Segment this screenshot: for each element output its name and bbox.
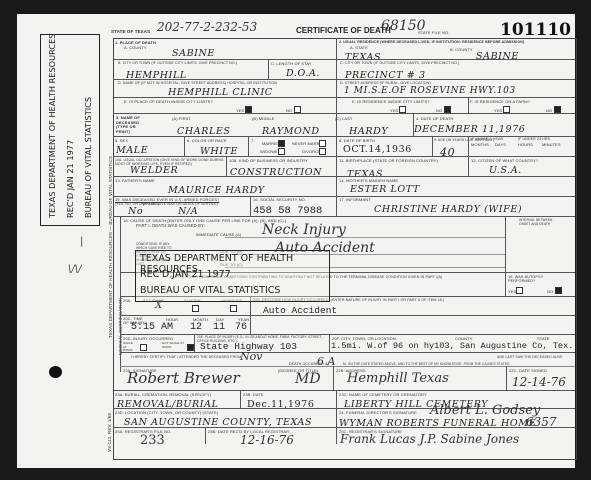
- ssn-label: 16. SOCIAL SECURITY NO.: [253, 197, 306, 202]
- burial-label: 23a. BURIAL, CREMATION, REMOVAL (Specify…: [115, 392, 211, 397]
- received-stamp-side: TEXAS DEPARTMENT OF HEALTH RESOURCES REC…: [40, 34, 100, 226]
- citizen-label: 12. CITIZEN OF WHAT COUNTRY?: [471, 158, 538, 163]
- certify-from: Nov: [240, 350, 262, 363]
- age: 40: [440, 146, 455, 159]
- certificate-title: CERTIFICATE OF DEATH: [296, 26, 391, 35]
- res-state-label: a. STATE: [350, 45, 368, 50]
- res-inside-no-checkbox[interactable]: [444, 106, 451, 113]
- inline-stamp-line3: BUREAU OF VITAL STATISTICS: [140, 285, 280, 296]
- not-at-work-checkbox[interactable]: [187, 344, 194, 351]
- occupation: WELDER: [130, 165, 178, 176]
- physician-address: Hemphill Texas: [347, 371, 449, 386]
- mother-name: ESTER LOTT: [350, 184, 420, 195]
- injury-year: 76: [235, 322, 247, 333]
- state-file-number: 101110: [500, 20, 571, 40]
- inside-city-label: e. IS PLACE OF DEATH INSIDE CITY LIMITS?: [124, 99, 213, 104]
- farm-no-checkbox[interactable]: [554, 106, 561, 113]
- death-county: SABINE: [172, 48, 215, 59]
- state-label: STATE OF TEXAS: [111, 29, 150, 34]
- res-street: 1 MI.S.E.OF ROSEVINE HWY.103: [344, 86, 516, 96]
- months-label: Months: [471, 142, 489, 147]
- physician-degree: MD: [295, 371, 321, 387]
- director-signature: Albert L. Godsey: [430, 403, 540, 418]
- injury-hour: 5:15 AM: [131, 322, 173, 333]
- stamp-line2: REC'D JAN 21 1977: [65, 140, 75, 218]
- business-label: 10b. KIND OF BUSINESS OR INDUSTRY: [229, 158, 308, 163]
- res-street-label: d. STREET ADDRESS (If rural, give locati…: [340, 81, 431, 85]
- father-name: MAURICE HARDY: [168, 185, 265, 196]
- marital-label: 7.: [251, 138, 255, 143]
- days-label: Days: [495, 142, 506, 147]
- informant: CHRISTINE HARDY (WIFE): [374, 204, 522, 215]
- farm-yes-checkbox[interactable]: [503, 106, 510, 113]
- dod-label: 4. DATE OF DEATH: [416, 116, 453, 121]
- date-received: 12-16-76: [240, 433, 294, 447]
- race-label: 6. COLOR OR RACE: [187, 138, 227, 143]
- immediate-cause: Neck Injury: [262, 222, 346, 238]
- under-24-hrs-label: IF UNDER 24 HRS.: [518, 137, 551, 141]
- under-1-year-label: IF UNDER 1 YEAR: [471, 137, 503, 141]
- manner-label: 20a.: [123, 298, 132, 303]
- hospital-label: d. NAME OF (If not in hospital, give str…: [118, 81, 277, 85]
- autopsy-no-checkbox[interactable]: [555, 287, 562, 294]
- married-checkbox[interactable]: [278, 140, 285, 147]
- registrar-signature: Frank Lucas J.P. Sabine Jones: [340, 432, 519, 446]
- cemetery-label: 23c. NAME OF CEMETERY OR CREMATORY: [339, 392, 427, 397]
- punch-hole: [49, 366, 62, 378]
- res-county: SABINE: [476, 51, 519, 62]
- divorced-checkbox[interactable]: [319, 148, 326, 155]
- stamp-line3: BUREAU OF VITAL STATISTICS: [83, 97, 93, 218]
- date-signed-label: 22c. DATE SIGNED: [509, 368, 547, 373]
- sex: MALE: [116, 145, 148, 156]
- not-at-work-label: NOT WHILE AT WORK: [162, 342, 186, 349]
- city-label: b. CITY OR TOWN (If outside city limits,…: [118, 61, 237, 65]
- date-signed: 12-14-76: [512, 375, 566, 389]
- father-label: 13. FATHER'S NAME: [115, 178, 155, 183]
- birthplace-label: 11. BIRTHPLACE (State or foreign country…: [339, 158, 438, 163]
- county-label: a. COUNTY: [124, 45, 147, 50]
- minutes-label: Minutes: [542, 142, 561, 147]
- widowed-checkbox[interactable]: [278, 148, 285, 155]
- date-of-death: DECEMBER 11,1976: [414, 124, 525, 135]
- interval-label: INTERVAL BETWEEN ONSET AND DEATH: [519, 218, 559, 226]
- autopsy-yes-checkbox[interactable]: [516, 287, 523, 294]
- homicide-checkbox[interactable]: [230, 305, 237, 312]
- at-work-checkbox[interactable]: [140, 344, 147, 351]
- stamp-line1: TEXAS DEPARTMENT OF HEALTH RESOURCES: [47, 34, 57, 218]
- received-stamp-inline: TEXAS DEPARTMENT OF HEALTH RESOURCES REC…: [135, 250, 330, 302]
- date-of-birth: OCT.14,1936: [343, 144, 412, 155]
- dob-label: 8. DATE OF BIRTH: [339, 138, 375, 143]
- burial-date-label: 23b. DATE: [243, 392, 264, 397]
- res-county-label: b. COUNTY: [450, 47, 473, 52]
- director-label: 24. FUNERAL DIRECTOR'S SIGNATURE: [339, 410, 417, 415]
- middle-name-label: (b) Middle: [252, 116, 275, 121]
- last-name-label: (c) Last: [335, 116, 352, 121]
- inside-city-no-checkbox[interactable]: [294, 106, 301, 113]
- suicide-checkbox[interactable]: [192, 305, 199, 312]
- informant-label: 17. INFORMANT: [339, 197, 371, 202]
- length-of-stay: D.O.A.: [286, 68, 320, 79]
- farm-label: f. IS RESIDENCE ON A FARM?: [470, 99, 530, 104]
- state-file-label: STATE FILE NO.: [418, 30, 449, 35]
- mother-label: 14. MOTHER'S MAIDEN NAME: [339, 178, 398, 183]
- residence-label: 2. USUAL RESIDENCE (Where deceased lived…: [339, 40, 524, 44]
- inside-city-yes-checkbox[interactable]: [245, 106, 252, 113]
- inline-stamp-line2: REC'D JAN 21 1977: [140, 269, 231, 280]
- margin-note: \/\/: [68, 264, 81, 275]
- handwritten-number: 202-77-2-232-53: [157, 20, 257, 34]
- sex-label: 5. SEX: [115, 138, 128, 143]
- registrar-file-number: 233: [140, 433, 165, 448]
- certify-text: I hereby certify that I attended the dec…: [131, 355, 241, 359]
- hours-label: Hours: [518, 142, 533, 147]
- never-married-checkbox[interactable]: [319, 140, 326, 147]
- autopsy-no-label: NO: [547, 289, 553, 294]
- form-number: VS-112, REV. 1/68: [107, 413, 112, 452]
- name-label: 3. NAME OF DECEASED (Type or print): [116, 116, 144, 134]
- stay-label: c. LENGTH OF STAY: [271, 61, 312, 66]
- res-inside-yes-checkbox[interactable]: [399, 106, 406, 113]
- res-inside-label: e. IS RESIDENCE INSIDE CITY LIMITS?: [352, 99, 429, 104]
- autopsy-label: 19. WAS AUTOPSY PERFORMED?: [508, 275, 568, 283]
- first-name-label: (a) First: [172, 116, 191, 121]
- injury-month: 12: [190, 322, 202, 333]
- last-saw-label: and last saw the deceased alive: [497, 355, 563, 359]
- margin-mark: |: [80, 236, 83, 247]
- part1-label: PART I. DEATH WAS CAUSED BY:: [136, 223, 205, 228]
- burial-location-label: 23d. LOCATION (City, town, or county) (S…: [115, 410, 218, 415]
- at-work-label: WHILE AT WORK: [123, 342, 137, 353]
- injury-day: 11: [213, 322, 225, 333]
- res-city-label: c. CITY OR TOWN (If outside city limits,…: [340, 61, 459, 65]
- injury-location: 1.5mi. W.of 96 on hy103, San Augustine C…: [331, 341, 573, 351]
- citizen: U.S.A.: [489, 165, 522, 176]
- physician-signature: Robert Brewer: [127, 369, 240, 387]
